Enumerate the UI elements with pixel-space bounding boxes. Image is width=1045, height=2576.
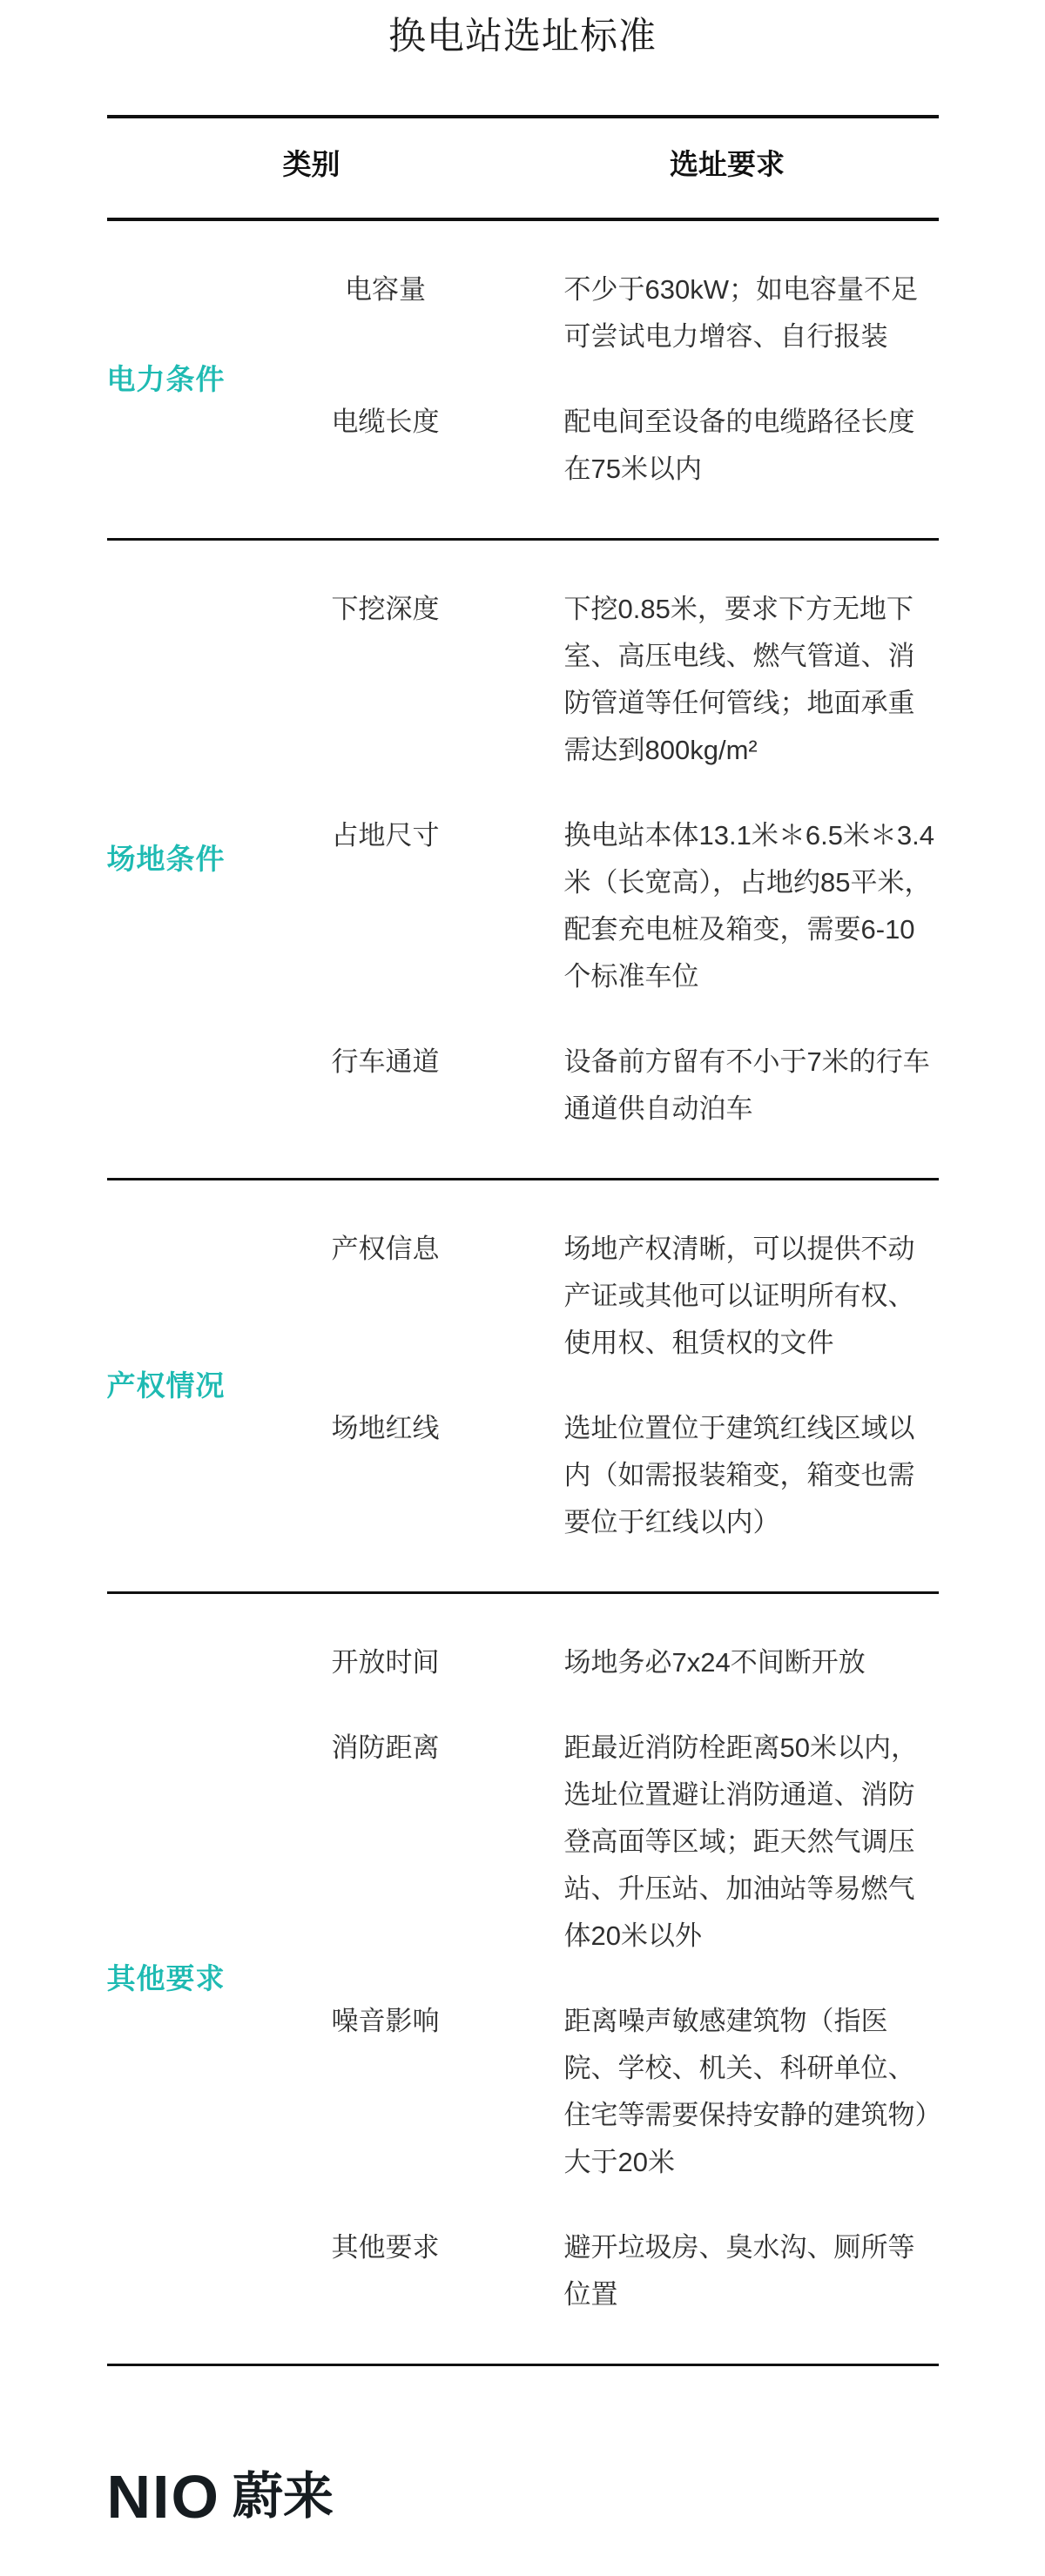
table-body: 电力条件 电容量 不少于630kW；如电容量不足可尝试电力增容、自行报装 电缆长… (107, 221, 939, 2364)
row-category-label: 行车通道 (255, 1039, 516, 1086)
section-label: 电力条件 (107, 360, 255, 399)
row-category-label: 产权信息 (255, 1226, 516, 1273)
table-row: 电缆长度 配电间至设备的电缆路径长度在75米以内 (255, 399, 939, 493)
row-requirement-text: 距离噪声敏感建筑物（指医院、学校、机关、科研单位、住宅等需要保持安静的建筑物）大… (516, 1998, 939, 2186)
row-requirement-text: 配电间至设备的电缆路径长度在75米以内 (516, 399, 939, 493)
table-section: 电力条件 电容量 不少于630kW；如电容量不足可尝试电力增容、自行报装 电缆长… (107, 221, 939, 538)
section-label: 其他要求 (107, 1960, 255, 1998)
table-section: 场地条件 下挖深度 下挖0.85米，要求下方无地下室、高压电线、燃气管道、消防管… (107, 538, 939, 1178)
row-category-label: 下挖深度 (255, 586, 516, 633)
row-category-label: 消防距离 (255, 1725, 516, 1772)
row-requirement-text: 场地务必7x24不间断开放 (516, 1639, 939, 1686)
row-category-label: 场地红线 (255, 1405, 516, 1452)
table-section: 产权情况 产权信息 场地产权清晰，可以提供不动产证或其他可以证明所有权、使用权、… (107, 1178, 939, 1591)
column-header-category: 类别 (107, 141, 516, 188)
table-row: 噪音影响 距离噪声敏感建筑物（指医院、学校、机关、科研单位、住宅等需要保持安静的… (255, 1998, 939, 2186)
row-requirement-text: 设备前方留有不小于7米的行车通道供自动泊车 (516, 1039, 939, 1133)
section-rows: 电容量 不少于630kW；如电容量不足可尝试电力增容、自行报装 电缆长度 配电间… (255, 266, 939, 493)
row-category-label: 占地尺寸 (255, 812, 516, 859)
row-category-label: 电容量 (255, 266, 516, 313)
row-requirement-text: 换电站本体13.1米＊6.5米＊3.4米（长宽高），占地约85平米，配套充电桩及… (516, 812, 939, 1000)
table-row: 场地红线 选址位置位于建筑红线区域以内（如需报装箱变，箱变也需要位于红线以内） (255, 1405, 939, 1546)
page-footer: NIO 蔚来 (107, 2462, 939, 2532)
table-row: 其他要求 避开垃圾房、臭水沟、厕所等位置 (255, 2224, 939, 2318)
nio-logo-cjk: 蔚来 (233, 2462, 334, 2532)
table-section: 其他要求 开放时间 场地务必7x24不间断开放 消防距离 距最近消防栓距离50米… (107, 1591, 939, 2364)
article-page: 换电站选址标准 类别 选址要求 电力条件 电容量 不少于630kW；如电容量不足… (0, 0, 1045, 2576)
row-requirement-text: 场地产权清晰，可以提供不动产证或其他可以证明所有权、使用权、租赁权的文件 (516, 1226, 939, 1367)
section-label: 场地条件 (107, 840, 255, 878)
row-requirement-text: 下挖0.85米，要求下方无地下室、高压电线、燃气管道、消防管道等任何管线；地面承… (516, 586, 939, 774)
table-row: 占地尺寸 换电站本体13.1米＊6.5米＊3.4米（长宽高），占地约85平米，配… (255, 812, 939, 1000)
table-row: 开放时间 场地务必7x24不间断开放 (255, 1639, 939, 1686)
section-label: 产权情况 (107, 1367, 255, 1405)
row-category-label: 噪音影响 (255, 1998, 516, 2045)
table-row: 电容量 不少于630kW；如电容量不足可尝试电力增容、自行报装 (255, 266, 939, 360)
table-row: 行车通道 设备前方留有不小于7米的行车通道供自动泊车 (255, 1039, 939, 1133)
row-category-label: 电缆长度 (255, 399, 516, 446)
section-rows: 开放时间 场地务必7x24不间断开放 消防距离 距最近消防栓距离50米以内，选址… (255, 1639, 939, 2318)
nio-logo: NIO 蔚来 (107, 2462, 939, 2532)
site-criteria-table: 类别 选址要求 电力条件 电容量 不少于630kW；如电容量不足可尝试电力增容、… (107, 115, 939, 2366)
row-category-label: 其他要求 (255, 2224, 516, 2271)
row-category-label: 开放时间 (255, 1639, 516, 1686)
row-requirement-text: 避开垃圾房、臭水沟、厕所等位置 (516, 2224, 939, 2318)
table-row: 产权信息 场地产权清晰，可以提供不动产证或其他可以证明所有权、使用权、租赁权的文… (255, 1226, 939, 1367)
nio-logo-latin: NIO (107, 2462, 220, 2532)
section-rows: 产权信息 场地产权清晰，可以提供不动产证或其他可以证明所有权、使用权、租赁权的文… (255, 1226, 939, 1546)
table-row: 消防距离 距最近消防栓距离50米以内，选址位置避让消防通道、消防登高面等区域；距… (255, 1725, 939, 1960)
page-title: 换电站选址标准 (0, 0, 1045, 59)
table-row: 下挖深度 下挖0.85米，要求下方无地下室、高压电线、燃气管道、消防管道等任何管… (255, 586, 939, 774)
table-header-row: 类别 选址要求 (107, 118, 939, 221)
row-requirement-text: 距最近消防栓距离50米以内，选址位置避让消防通道、消防登高面等区域；距天然气调压… (516, 1725, 939, 1960)
row-requirement-text: 选址位置位于建筑红线区域以内（如需报装箱变，箱变也需要位于红线以内） (516, 1405, 939, 1546)
row-requirement-text: 不少于630kW；如电容量不足可尝试电力增容、自行报装 (516, 266, 939, 360)
section-rows: 下挖深度 下挖0.85米，要求下方无地下室、高压电线、燃气管道、消防管道等任何管… (255, 586, 939, 1133)
column-header-requirement: 选址要求 (516, 141, 939, 188)
